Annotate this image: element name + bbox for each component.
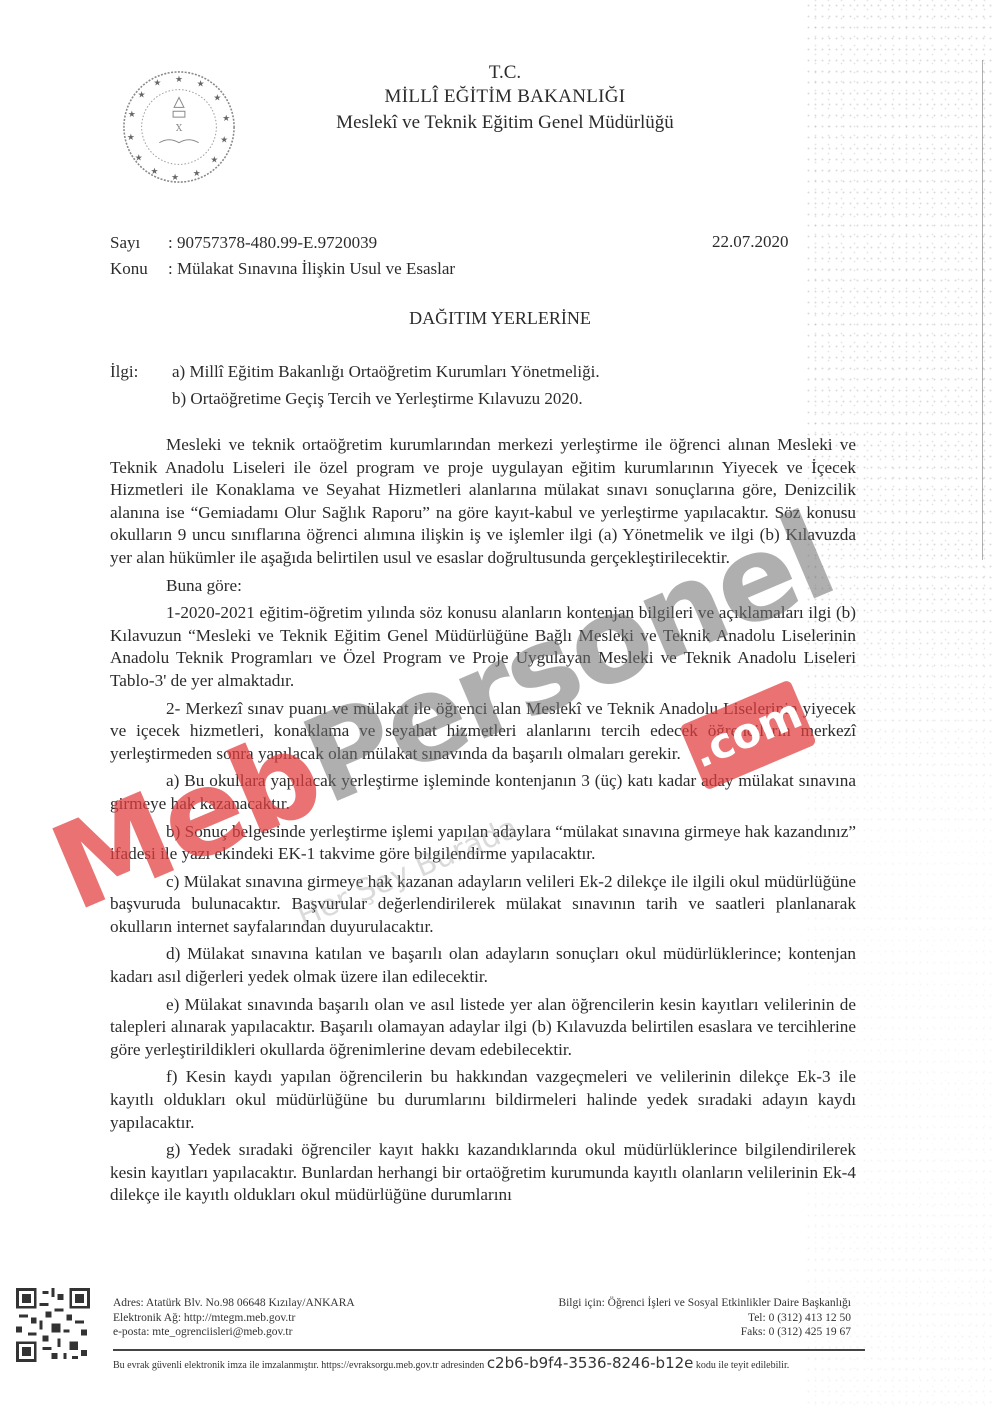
ministry-name: MİLLÎ EĞİTİM BAKANLIĞI: [300, 84, 710, 110]
footer-website[interactable]: Elektronik Ağ: http://mtegm.meb.gov.tr: [113, 1311, 355, 1326]
svg-text:★: ★: [128, 110, 136, 120]
footer-email[interactable]: e-posta: mte_ogrenciisleri@meb.gov.tr: [113, 1325, 355, 1340]
body-paragraph: Mesleki ve teknik ortaöğretim kurumların…: [110, 434, 856, 570]
reference-list: İlgi:a) Millî Eğitim Bakanlığı Ortaöğret…: [110, 358, 600, 412]
sayi-label: Sayı: [110, 232, 168, 254]
konu-value: : Mülakat Sınavına İlişkin Usul ve Esasl…: [168, 259, 455, 278]
svg-text:★: ★: [210, 155, 218, 165]
svg-text:★: ★: [220, 136, 228, 146]
document-number: Sayı: 90757378-480.99-E.9720039: [110, 232, 377, 254]
reference-item: a) Millî Eğitim Bakanlığı Ortaöğretim Ku…: [172, 362, 600, 381]
ministry-emblem-icon: ★★★ ★★★ ★★★ ★★★ ★★ X: [120, 68, 238, 186]
sayi-value: : 90757378-480.99-E.9720039: [168, 233, 377, 252]
body-paragraph: e) Mülakat sınavında başarılı olan ve as…: [110, 994, 856, 1062]
footer-phone: Tel: 0 (312) 413 12 50: [505, 1311, 851, 1326]
svg-text:★: ★: [197, 80, 205, 90]
body-paragraph: g) Yedek sıradaki öğrenciler kayıt hakkı…: [110, 1139, 856, 1207]
footer-address: Adres: Atatürk Blv. No.98 06648 Kızılay/…: [113, 1296, 355, 1311]
svg-text:★: ★: [171, 173, 179, 183]
svg-text:★: ★: [150, 167, 158, 177]
body-paragraph: b) Sonuç belgesinde yerleştirme işlemi y…: [110, 821, 856, 866]
footer-info: Bilgi için: Öğrenci İşleri ve Sosyal Etk…: [505, 1296, 851, 1340]
verify-prefix: Bu evrak güvenli elektronik imza ile imz…: [113, 1360, 484, 1371]
reference-item: b) Ortaöğretime Geçiş Tercih ve Yerleşti…: [110, 385, 600, 412]
svg-text:★: ★: [193, 169, 201, 179]
svg-text:★: ★: [138, 91, 146, 101]
letter-body: Mesleki ve teknik ortaöğretim kurumların…: [110, 434, 856, 1207]
document-date: 22.07.2020: [712, 232, 789, 252]
body-paragraph: 1-2020-2021 eğitim-öğretim yılında söz k…: [110, 602, 856, 692]
country-label: T.C.: [300, 62, 710, 84]
body-paragraph: Buna göre:: [110, 575, 856, 598]
svg-text:★: ★: [213, 93, 221, 103]
directorate-name: Meslekî ve Teknik Eğitim Genel Müdürlüğü: [300, 110, 710, 136]
body-paragraph: d) Mülakat sınavına katılan ve başarılı …: [110, 943, 856, 988]
qr-code-icon: [16, 1288, 90, 1362]
footer-info-department: Bilgi için: Öğrenci İşleri ve Sosyal Etk…: [505, 1296, 851, 1311]
body-paragraph: 2- Merkezî sınav puanı ve mülakat ile öğ…: [110, 698, 856, 766]
body-paragraph: f) Kesin kaydı yapılan öğrencilerin bu h…: [110, 1066, 856, 1134]
reference-label: İlgi:: [110, 358, 172, 385]
svg-text:★: ★: [127, 133, 135, 143]
e-signature-verification: Bu evrak güvenli elektronik imza ile imz…: [113, 1354, 873, 1372]
document-page: ★★★ ★★★ ★★★ ★★★ ★★ X T.C. MİLLÎ EĞİTİM B…: [0, 0, 1000, 1410]
svg-text:★: ★: [153, 79, 161, 89]
footer-divider: [113, 1349, 865, 1351]
svg-text:★: ★: [222, 114, 230, 124]
svg-text:X: X: [176, 124, 183, 134]
konu-label: Konu: [110, 258, 168, 280]
distribution-heading: DAĞITIM YERLERİNE: [0, 308, 1000, 329]
footer-fax: Faks: 0 (312) 425 19 67: [505, 1325, 851, 1340]
letterhead: T.C. MİLLÎ EĞİTİM BAKANLIĞI Meslekî ve T…: [300, 62, 710, 136]
body-paragraph: a) Bu okullara yapılacak yerleştirme işl…: [110, 770, 856, 815]
body-paragraph: c) Mülakat sınavına girmeye hak kazanan …: [110, 871, 856, 939]
footer-contact: Adres: Atatürk Blv. No.98 06648 Kızılay/…: [113, 1296, 355, 1340]
verify-code: c2b6-b9f4-3536-8246-b12e: [487, 1354, 694, 1372]
document-subject: Konu: Mülakat Sınavına İlişkin Usul ve E…: [110, 258, 455, 280]
svg-text:★: ★: [135, 153, 143, 163]
verify-suffix: kodu ile teyit edilebilir.: [696, 1360, 789, 1371]
svg-text:★: ★: [175, 75, 183, 85]
